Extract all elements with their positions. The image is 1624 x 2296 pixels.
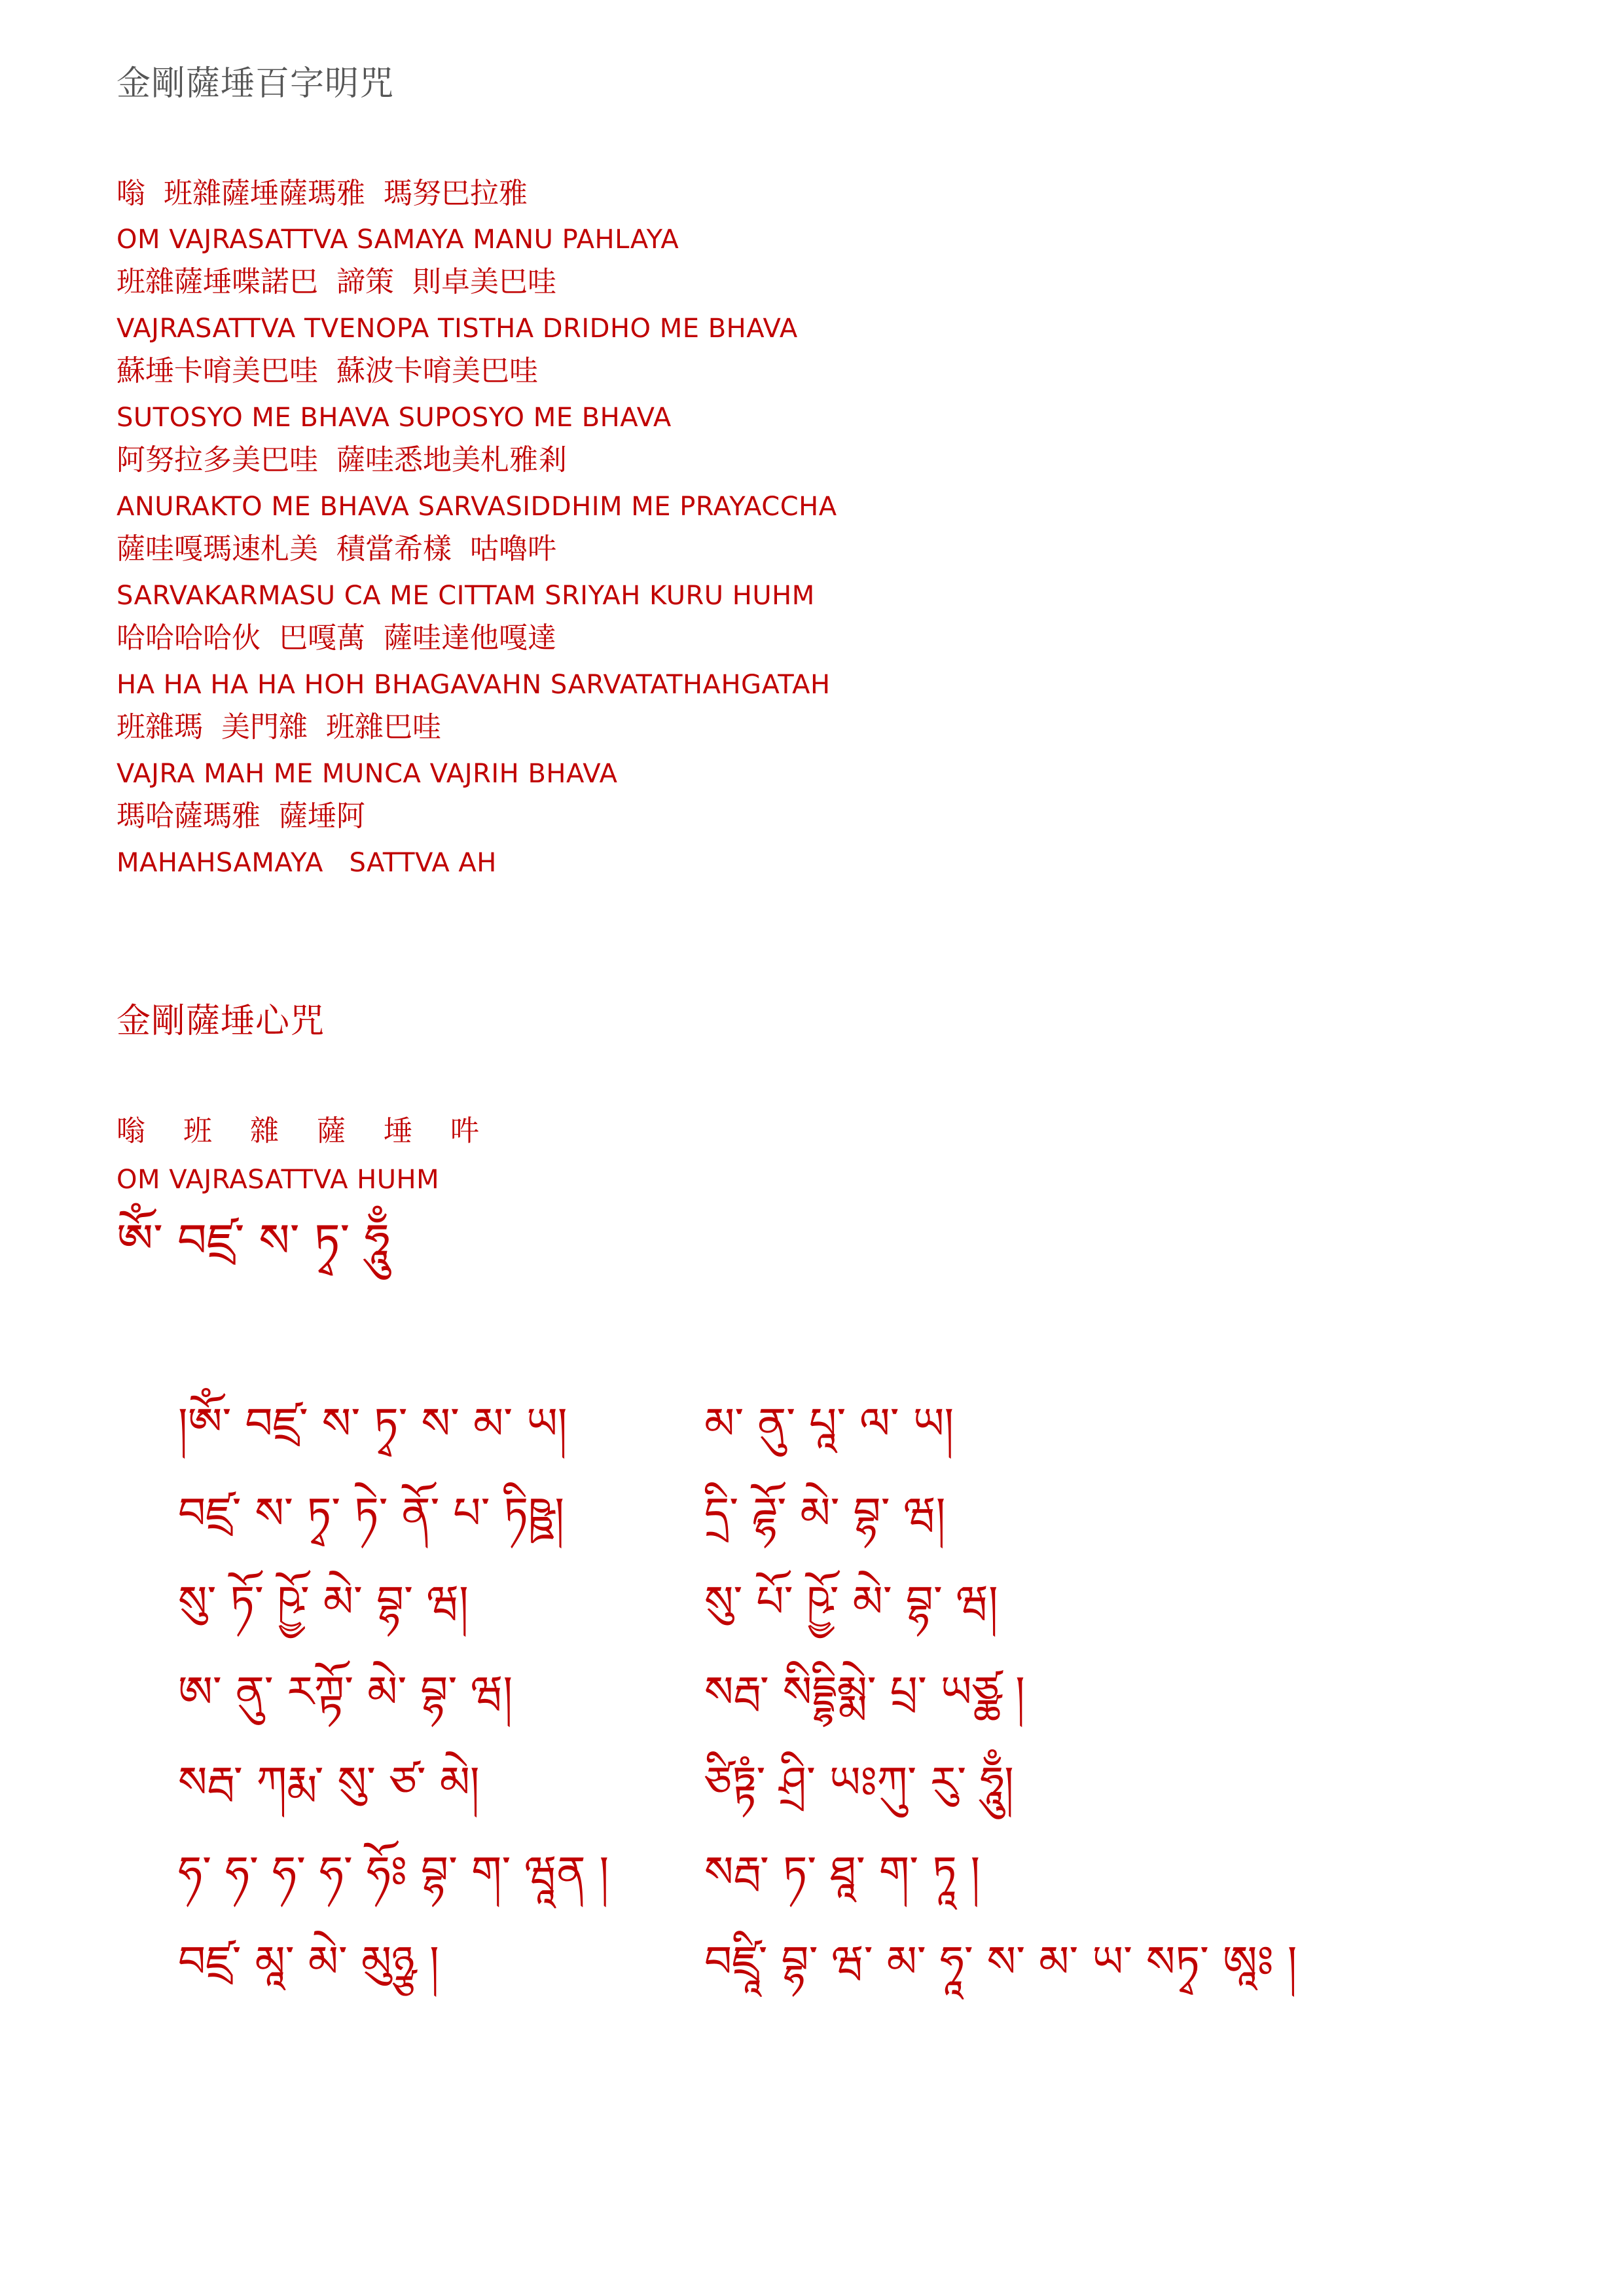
mantra-line-en: SUTOSYO ME BHAVA SUPOSYO ME BHAVA <box>117 402 672 433</box>
mantra-line-zh: 班雜薩埵喋諾巴 諦策 則卓美巴哇 <box>117 265 556 299</box>
mantra-line-zh: 阿努拉多美巴哇 薩哇悉地美札雅剎 <box>117 443 567 477</box>
mantra-line-en: OM VAJRASATTVA SAMAYA MANU PAHLAYA <box>117 224 679 255</box>
tibetan-verse-left: ཧ་ ཧ་ ཧ་ ཧ་ ཧོཿ བྷ་ ག་ ཝཱན ། <box>178 1843 609 1902</box>
tibetan-verse-right: ཙིཏྟཾ་ ཤྲི་ ཡཿཀུ་ རུ་ ཧཱུྃ། <box>704 1753 1014 1812</box>
section-title-hundred-syllable-mantra: 金剛薩埵百字明咒 <box>117 64 394 103</box>
tibetan-verse-left: སརྦ་ ཀརྨ་ སུ་ ཙ་ མེ། <box>178 1753 480 1812</box>
tibetan-verse-left: ཨ་ ནུ་ རཀྟོ་ མེ་ བྷ་ ཝ། <box>178 1663 513 1722</box>
mantra-line-zh: 嗡 班雜薩埵薩瑪雅 瑪努巴拉雅 <box>117 177 528 211</box>
tibetan-verse-left: སུ་ ཏོ་ ཥྱོ་ མེ་ བྷ་ ཝ། <box>178 1573 469 1631</box>
mantra-line-zh: 薩哇嘎瑪速札美 積當希樣 咕嚕吽 <box>117 532 556 566</box>
document-page: 金剛薩埵百字明咒 嗡 班雜薩埵薩瑪雅 瑪努巴拉雅 OM VAJRASATTVA … <box>0 0 1624 2296</box>
heart-mantra-zh: 嗡 班 雜 薩 埵 吽 <box>117 1114 494 1148</box>
mantra-line-zh: 班雜瑪 美門雜 班雜巴哇 <box>117 710 441 744</box>
tibetan-verse-right: དྲི་ ཌྷོ་ མེ་ བྷ་ ཝ། <box>704 1484 945 1543</box>
tibetan-verse-left: བཛྲ་ ས་ ཏྭ་ ཏེ་ ནོ་ པ་ ཏིཥྛ། <box>178 1484 564 1543</box>
tibetan-verse-left: བཛྲ་ མཱ་ མེ་ མུཉྩ ། <box>178 1933 439 1992</box>
mantra-line-en: HA HA HA HA HOH BHAGAVAHN SARVATATHAHGAT… <box>117 669 831 701</box>
mantra-line-en: ANURAKTO ME BHAVA SARVASIDDHIM ME PRAYAC… <box>117 491 837 522</box>
mantra-line-en: MAHAHSAMAYA SATTVA AH <box>117 847 497 879</box>
mantra-line-zh: 哈哈哈哈伙 巴嘎萬 薩哇達他嘎達 <box>117 621 556 655</box>
mantra-line-en: VAJRA MAH ME MUNCA VAJRIH BHAVA <box>117 758 617 790</box>
heart-mantra-en: OM VAJRASATTVA HUHM <box>117 1164 439 1195</box>
tibetan-verse-right: སརྦ་ སིདྡྷིམྨེ་ པྲ་ ཡཙྪ ། <box>704 1663 1025 1722</box>
heart-mantra-tibetan: ༀ་ བཛྲ་ ས་ ཏྭ་ ཧཱུྃ <box>117 1211 390 1270</box>
mantra-line-en: SARVAKARMASU CA ME CITTAM SRIYAH KURU HU… <box>117 580 815 611</box>
tibetan-verse-right: སརྦ་ ཏ་ ཐཱ་ ག་ ཏཱ ། <box>704 1843 980 1902</box>
tibetan-verse-right: སུ་ པོ་ ཥྱོ་ མེ་ བྷ་ ཝ། <box>704 1573 998 1631</box>
mantra-line-zh: 瑪哈薩瑪雅 薩埵阿 <box>117 799 365 833</box>
tibetan-verse-right: བཛྲཱི་ བྷ་ ཝ་ མ་ ཧཱ་ ས་ མ་ ཡ་ སཏྭ་ ཨཱཿ ། <box>704 1933 1297 1992</box>
mantra-line-en: VAJRASATTVA TVENOPA TISTHA DRIDHO ME BHA… <box>117 313 798 344</box>
tibetan-verse-left: །ༀ་ བཛྲ་ ས་ ཏྭ་ ས་ མ་ ཡ། <box>178 1394 568 1453</box>
mantra-line-zh: 蘇埵卡唷美巴哇 蘇波卡唷美巴哇 <box>117 354 538 388</box>
tibetan-verse-right: མ་ ནུ་ པཱ་ ལ་ ཡ། <box>704 1394 954 1453</box>
section-title-heart-mantra: 金剛薩埵心咒 <box>117 1002 325 1041</box>
